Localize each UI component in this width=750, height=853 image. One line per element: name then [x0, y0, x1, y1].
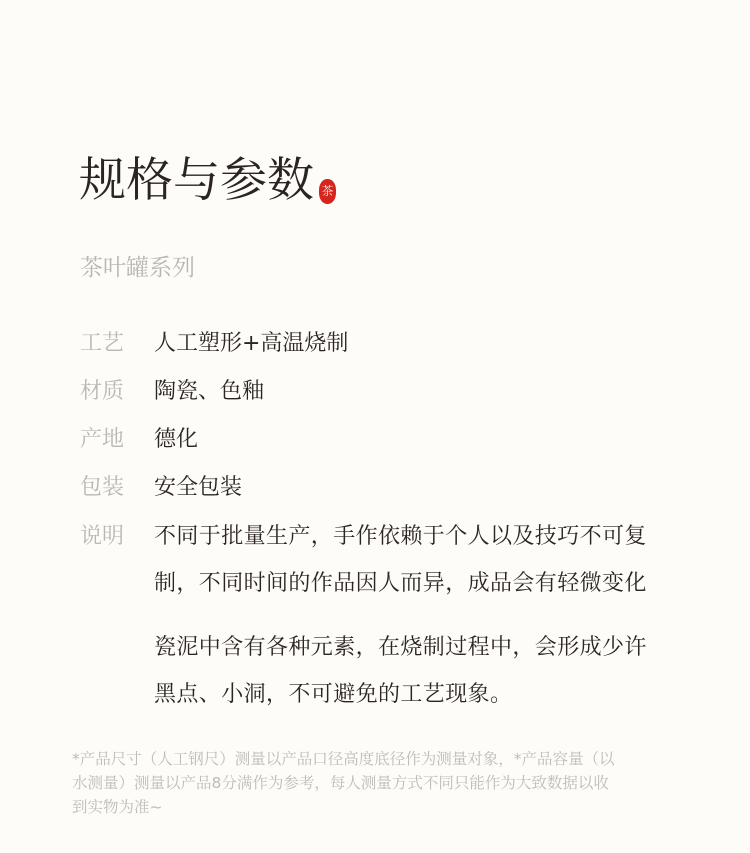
description-paragraph: 瓷泥中含有各种元素，在烧制过程中，会形成少许 黑点、小洞，不可避免的工艺现象。 — [154, 624, 694, 718]
spec-row-description: 说明 不同于批量生产，手作依赖于个人以及技巧不可复 制，不同时间的作品因人而异，… — [80, 513, 700, 735]
spec-label: 产地 — [80, 421, 154, 459]
spec-value: 人工塑形+高温烧制 — [154, 325, 348, 363]
spec-value: 安全包装 — [154, 469, 242, 507]
measurement-footnote: *产品尺寸（人工钢尺）测量以产品口径高度底径作为测量对象，*产品容量（以 水测量… — [72, 747, 712, 819]
spec-label: 包装 — [80, 469, 154, 507]
footnote-line: 到实物为准~ — [72, 795, 712, 819]
spec-row-material: 材质 陶瓷、色釉 — [80, 373, 700, 421]
spec-list: 工艺 人工塑形+高温烧制 材质 陶瓷、色釉 产地 德化 包装 安全包装 — [80, 325, 700, 517]
footnote-line: 水测量）测量以产品8分满作为参考，每人测量方式不同只能作为大致数据以收 — [72, 771, 712, 795]
spec-row-origin: 产地 德化 — [80, 421, 700, 469]
description-body: 不同于批量生产，手作依赖于个人以及技巧不可复 制，不同时间的作品因人而异，成品会… — [154, 513, 694, 735]
spec-row-craft: 工艺 人工塑形+高温烧制 — [80, 325, 700, 373]
title-block: 规格与参数 茶 — [79, 150, 336, 212]
footnote-line: *产品尺寸（人工钢尺）测量以产品口径高度底径作为测量对象，*产品容量（以 — [72, 747, 712, 771]
series-subtitle: 茶叶罐系列 — [80, 252, 195, 284]
description-paragraph: 不同于批量生产，手作依赖于个人以及技巧不可复 制，不同时间的作品因人而异，成品会… — [154, 513, 694, 607]
spec-value: 陶瓷、色釉 — [154, 373, 264, 411]
tea-seal-icon: 茶 — [319, 179, 336, 204]
spec-row-packaging: 包装 安全包装 — [80, 469, 700, 517]
spec-label: 工艺 — [80, 325, 154, 363]
spec-page: 规格与参数 茶 茶叶罐系列 工艺 人工塑形+高温烧制 材质 陶瓷、色釉 产地 德… — [0, 0, 750, 853]
description-line: 制，不同时间的作品因人而异，成品会有轻微变化 — [154, 560, 694, 607]
spec-value: 德化 — [154, 421, 198, 459]
description-line: 不同于批量生产，手作依赖于个人以及技巧不可复 — [154, 513, 694, 560]
spec-label: 说明 — [80, 513, 154, 560]
description-line: 瓷泥中含有各种元素，在烧制过程中，会形成少许 — [154, 624, 694, 671]
page-title: 规格与参数 — [79, 150, 314, 212]
description-line: 黑点、小洞，不可避免的工艺现象。 — [154, 671, 694, 718]
spec-label: 材质 — [80, 373, 154, 411]
